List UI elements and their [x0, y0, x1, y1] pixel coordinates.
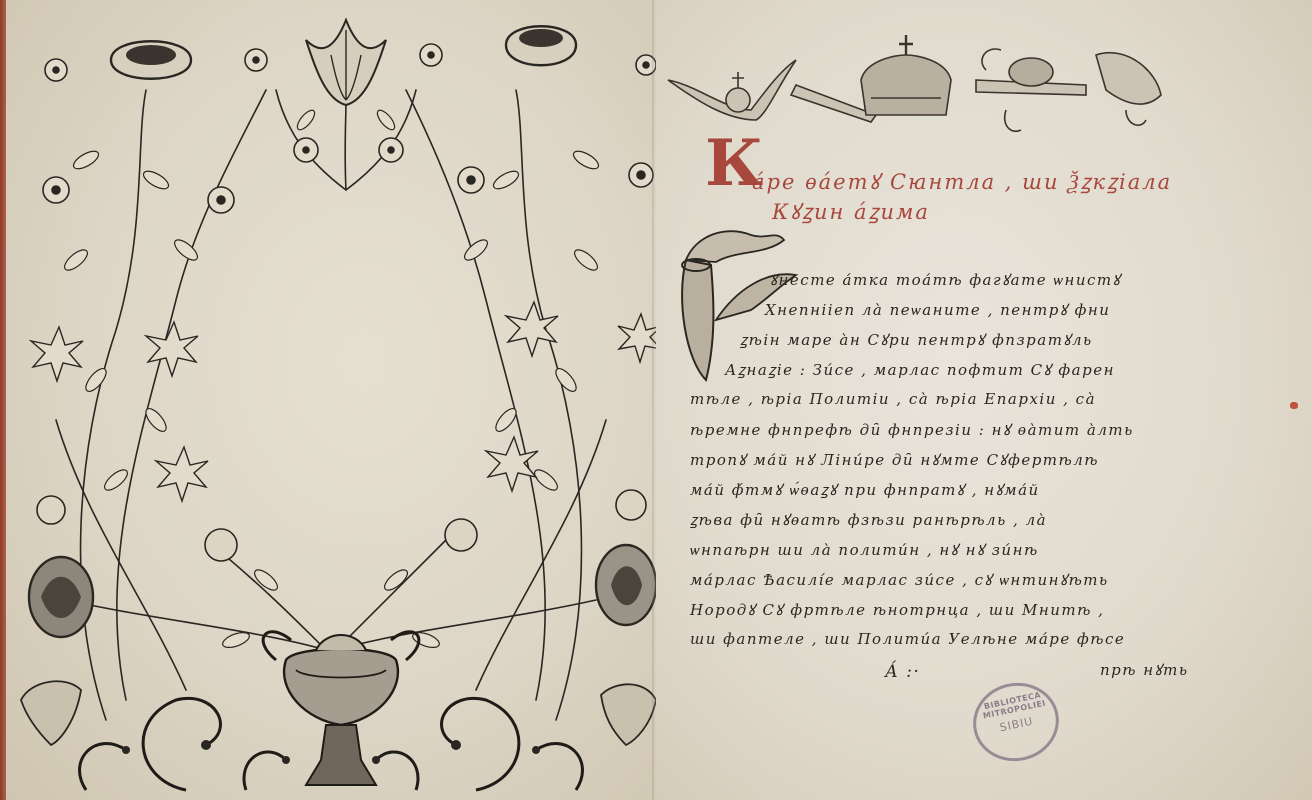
text-line: тѣле , ѣріа Политіи , са̀ ѣріа Епархіи ,…	[690, 390, 1096, 408]
rubric-heading-line-1: а́ре ѳа́етꙋ Сꙗнтла , ши Ѯꙁкꙁіала	[752, 168, 1172, 196]
text-line: ѡнпаѣрн ши ла̀ полити́н , нꙋ нꙋ зи́нѣ	[690, 540, 1039, 560]
red-ink-spot	[1290, 402, 1298, 409]
text-line: Хнепнііеп ла̀ пеѡаните , пентрꙋ фни	[765, 300, 1110, 320]
text-line: тропꙋ ма́й нꙋ Ліни́ре ди̑ нꙋмте Сꙋфертѣл…	[690, 450, 1099, 470]
text-line: ма́рлас Ѣасилі́е марлас зи́се , сꙋ ѡнтин…	[690, 570, 1109, 590]
text-line: ши фаптеле , ши Полити́а Уелѣне ма́ре фѣ…	[690, 630, 1125, 648]
manuscript-spread: К а́ре ѳа́етꙋ Сꙗнтла , ши Ѯꙁкꙁіала Кꙋꙁин…	[0, 0, 1312, 800]
text-line: прѣ нꙋть	[1100, 660, 1189, 680]
text-line: Нородꙋ Сꙋ фртѣле ѣнотрнца , ши Мнитѣ ,	[690, 600, 1104, 620]
text-line: Аꙁнаꙁіе : Зи́се , марлас пофтит Сꙋ фарен	[725, 360, 1115, 380]
floral-frame-illustration	[6, 0, 656, 800]
rubric-heading-line-2: Кꙋꙁин а́ꙁима	[772, 198, 930, 226]
text-line: ꙋнесте а́тка тоа́тѣ фагꙋате ѡнистꙋ	[770, 270, 1121, 290]
text-line: ꙁѣва фи̑ нꙋѳатѣ фзѣзи ранѣрѣль , ла̀	[690, 510, 1047, 530]
text-line: ѣремне фнпрефѣ ди̑ фнпрезіи : нꙋ ѳа̀тит …	[690, 420, 1134, 440]
text-line: ꙁѣін маре а̀н Сꙋри пентрꙋ фпзратꙋль	[740, 330, 1093, 350]
poppy-icon	[111, 41, 191, 79]
text-line: ма́й ф́тмꙋ ѡ́ѳаꙁꙋ при фнпратꙋ , нꙋма́й	[690, 480, 1040, 500]
left-page	[6, 0, 656, 800]
closing-mark: А́ :·	[885, 662, 920, 682]
